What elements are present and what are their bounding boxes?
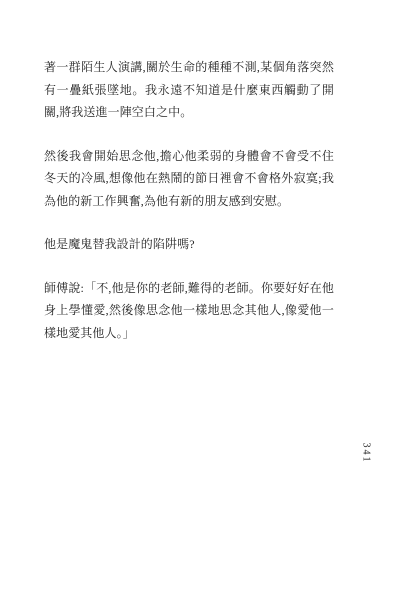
- book-page: 著一群陌生人演講,關於生命的種種不測,某個角落突然有一疊紙張墜地。我永遠不知道是…: [0, 0, 420, 592]
- paragraph-4: 師傅說:「不,他是你的老師,難得的老師。你要好好在他身上學懂愛,然後像思念他一樣…: [44, 277, 334, 345]
- paragraph-2: 然後我會開始思念他,擔心他柔弱的身體會不會受不住冬天的冷風,想像他在熱鬧的節日裡…: [44, 145, 334, 213]
- page-number: 341: [361, 443, 372, 464]
- paragraph-1: 著一群陌生人演講,關於生命的種種不測,某個角落突然有一疊紙張墜地。我永遠不知道是…: [44, 56, 334, 124]
- paragraph-3: 他是魔鬼替我設計的陷阱嗎?: [44, 233, 334, 256]
- body-text: 著一群陌生人演講,關於生命的種種不測,某個角落突然有一疊紙張墜地。我永遠不知道是…: [44, 56, 334, 344]
